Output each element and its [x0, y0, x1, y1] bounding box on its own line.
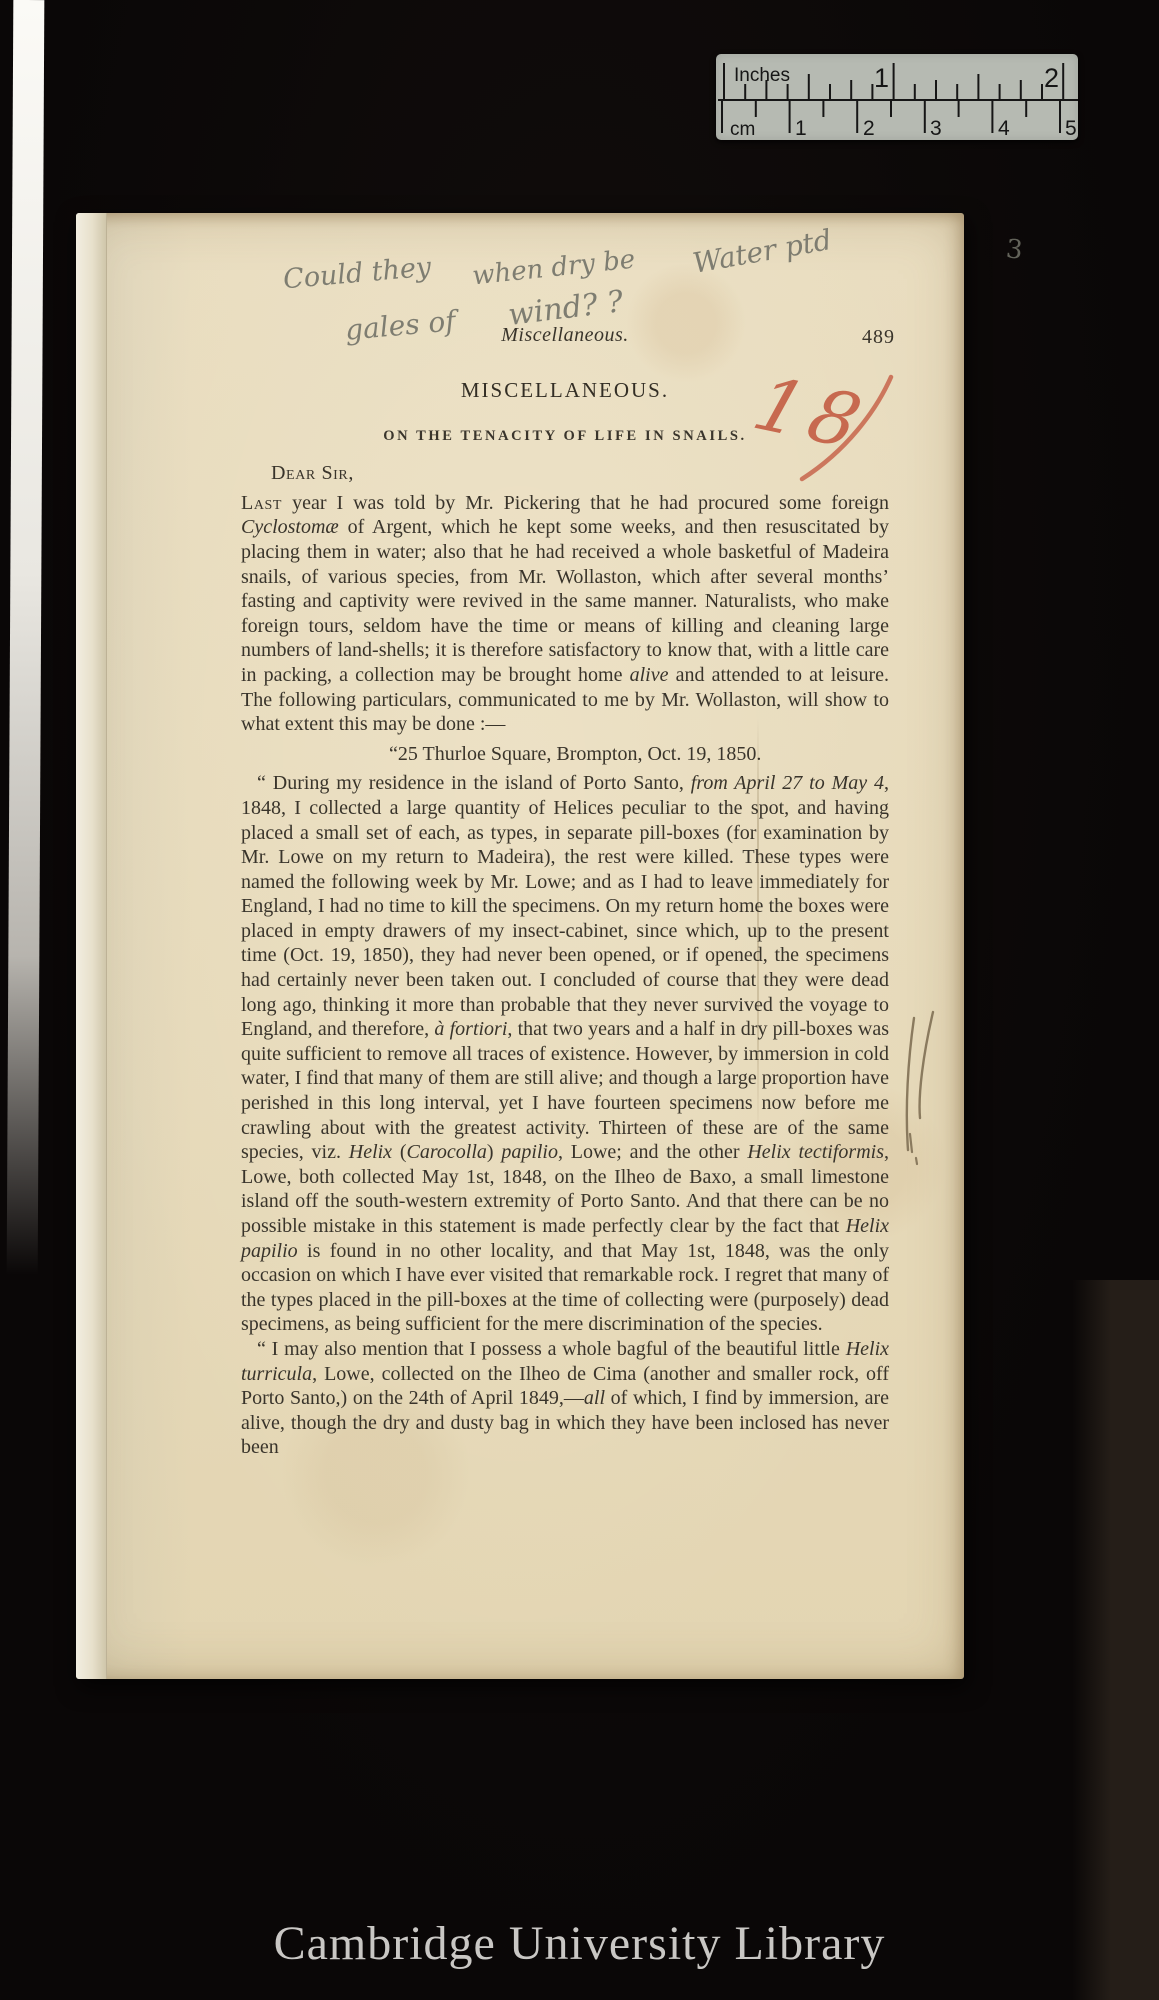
- salutation: Dear Sir,: [241, 461, 889, 486]
- background-cloth-seam: [1072, 1280, 1159, 2000]
- page-header: Miscellaneous. 489: [241, 323, 889, 349]
- measurement-ruler: Inches cm 1 2 1 2 3 4 5: [716, 54, 1078, 140]
- text-column: Miscellaneous. 489 MISCELLANEOUS. ON THE…: [241, 313, 889, 1460]
- adjacent-page-edge: [7, 0, 45, 1275]
- page-number: 489: [862, 325, 895, 350]
- paragraph-3: “ I may also mention that I possess a wh…: [241, 1337, 889, 1460]
- section-title: MISCELLANEOUS.: [241, 378, 889, 403]
- scanned-document: Inches cm 1 2 1 2 3 4 5 Could they when …: [0, 0, 1159, 2000]
- pencil-annotation-3: Water ptd: [690, 223, 834, 280]
- library-watermark: Cambridge University Library: [0, 1916, 1159, 1971]
- paragraph-2: “ During my residence in the island of P…: [241, 771, 889, 1337]
- pencil-margin-marks: [900, 1000, 950, 1170]
- ruler-graphic: Inches cm 1 2 1 2 3 4 5: [716, 54, 1078, 140]
- ruler-cm-number-2: 2: [863, 117, 875, 140]
- ruler-cm-label: cm: [730, 119, 755, 140]
- ruler-inches-label: Inches: [734, 65, 790, 86]
- pencil-annotation-1: Could they: [282, 252, 432, 296]
- ruler-cm-number-5: 5: [1065, 117, 1077, 140]
- page-stack-edge: [76, 213, 107, 1679]
- ruler-cm-number-3: 3: [930, 117, 942, 140]
- ruler-cm-number-1: 1: [795, 117, 807, 140]
- ruler-inch-number-1: 1: [874, 63, 889, 93]
- document-page: Could they when dry be Water ptd gales o…: [76, 213, 964, 1679]
- running-head: Miscellaneous.: [241, 323, 889, 348]
- pencil-folio-number: 3: [1004, 234, 1024, 266]
- paragraph-1: Last year I was told by Mr. Pickering th…: [241, 491, 889, 737]
- ruler-inch-number-2: 2: [1044, 63, 1059, 93]
- article-title: ON THE TENACITY OF LIFE IN SNAILS.: [241, 424, 889, 449]
- ruler-cm-number-4: 4: [998, 117, 1010, 140]
- address-line: “25 Thurloe Square, Brompton, Oct. 19, 1…: [241, 742, 889, 767]
